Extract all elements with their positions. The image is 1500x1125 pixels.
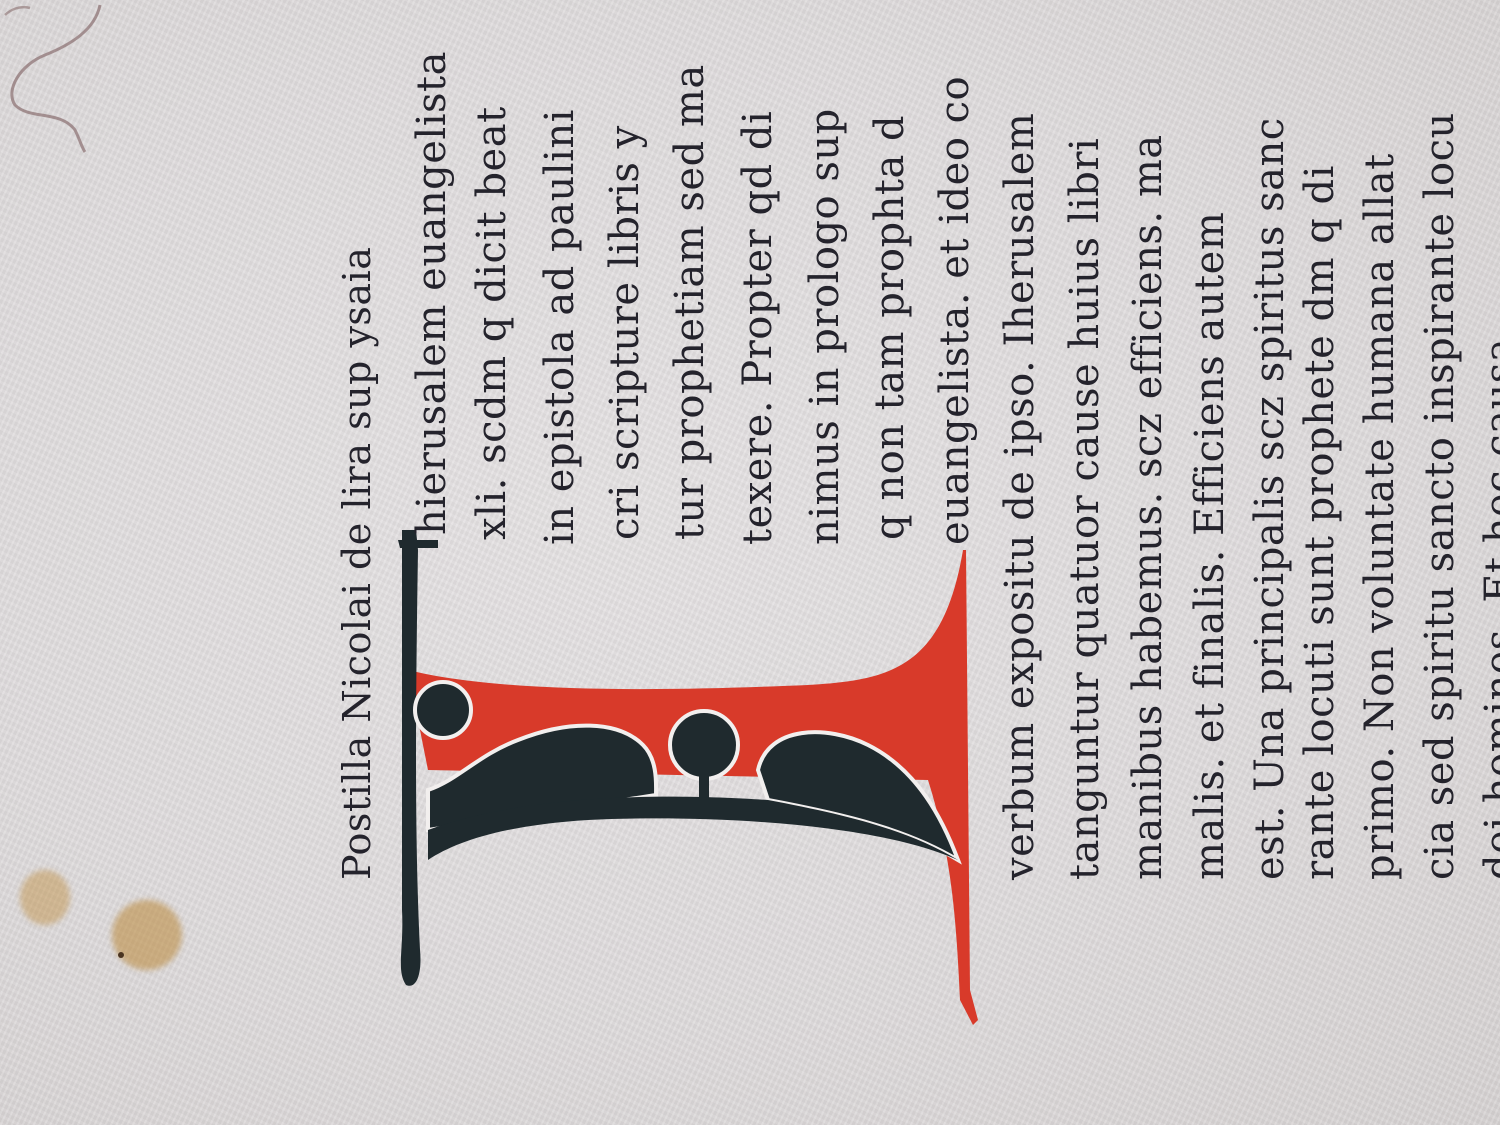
text-line: nimus in prologo sup <box>805 108 845 545</box>
text-line: manibus habemus. scz efficiens. ma <box>1128 134 1168 880</box>
text-line: tur prophetiam sed ma <box>670 64 710 540</box>
text-line: cri scripture libris y <box>605 125 645 540</box>
text-line: in epistola ad paulini <box>540 109 580 545</box>
text-line: hierusalem euangelista <box>412 51 452 535</box>
text-line: texere. Propter qd di <box>738 111 778 545</box>
foxing-stain <box>20 870 70 925</box>
page-heading: Postilla Nicolai de lira sup ysaia <box>338 247 376 880</box>
text-line: q non tam prophta d <box>870 115 910 540</box>
text-line: primo. Non voluntate humana allat <box>1360 153 1400 880</box>
text-line: dei homines. Et hec causa <box>1480 338 1500 880</box>
foxing-dot <box>118 952 124 958</box>
text-line: est. Una principalis scz spiritus sanc <box>1250 117 1290 880</box>
decorated-initial-letter <box>388 530 988 1030</box>
text-line: rante locuti sunt prophete dm q di <box>1300 165 1340 880</box>
text-line: euangelista. et ideo co <box>935 76 975 545</box>
text-line: verbum expositu de ipso. Iherusalem <box>1000 113 1040 880</box>
text-line: tanguntur quatuor cause huius libri <box>1065 138 1105 880</box>
text-line: xli. scdm q dicit beat <box>472 106 512 540</box>
ink-flourish-mark <box>0 0 120 160</box>
text-line: cia sed spiritu sancto inspirante locu <box>1420 112 1460 880</box>
text-line: malis. et finalis. Efficiens autem <box>1190 212 1230 880</box>
foxing-stain <box>112 900 182 970</box>
